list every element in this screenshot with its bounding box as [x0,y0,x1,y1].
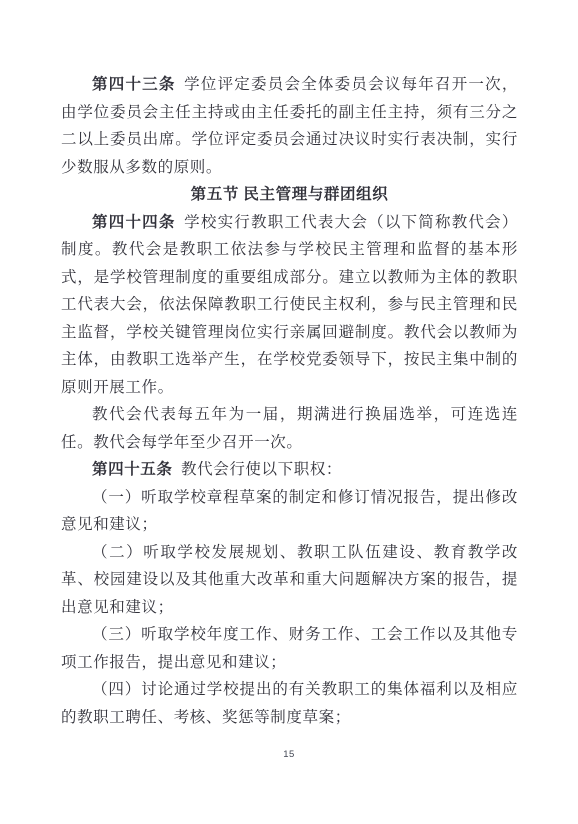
list-item-2: （二）听取学校发展规划、教职工队伍建设、教育教学改革、校园建设以及其他重大改革和… [61,539,518,622]
section-heading: 第五节 民主管理与群团组织 [61,181,518,209]
clause-43-paragraph: 第四十三条学位评定委员会全体委员会议每年召开一次，由学位委员会主任主持或由主任委… [61,71,518,181]
tenure-paragraph: 教代会代表每五年为一届，期满进行换届选举，可连选连任。教代会每学年至少召开一次。 [61,401,518,456]
page-number: 15 [0,748,578,762]
clause-45-text: 教代会行使以下职权： [181,461,342,478]
clause-43-number: 第四十三条 [92,76,176,93]
list-item-3: （三）听取学校年度工作、财务工作、工会工作以及其他专项工作报告，提出意见和建议； [61,621,518,676]
document-page: 第四十三条学位评定委员会全体委员会议每年召开一次，由学位委员会主任主持或由主任委… [0,0,578,824]
clause-44-text: 学校实行教职工代表大会（以下简称教代会）制度。教代会是教职工依法参与学校民主管理… [61,214,518,396]
clause-44-number: 第四十四条 [92,214,176,231]
clause-44-paragraph: 第四十四条学校实行教职工代表大会（以下简称教代会）制度。教代会是教职工依法参与学… [61,209,518,402]
clause-45-number: 第四十五条 [92,461,173,478]
list-item-4: （四）讨论通过学校提出的有关教职工的集体福利以及相应的教职工聘任、考核、奖惩等制… [61,676,518,731]
clause-45-paragraph: 第四十五条教代会行使以下职权： [61,456,518,484]
page-content: 第四十三条学位评定委员会全体委员会议每年召开一次，由学位委员会主任主持或由主任委… [61,71,518,731]
list-item-1: （一）听取学校章程草案的制定和修订情况报告，提出修改意见和建议； [61,484,518,539]
